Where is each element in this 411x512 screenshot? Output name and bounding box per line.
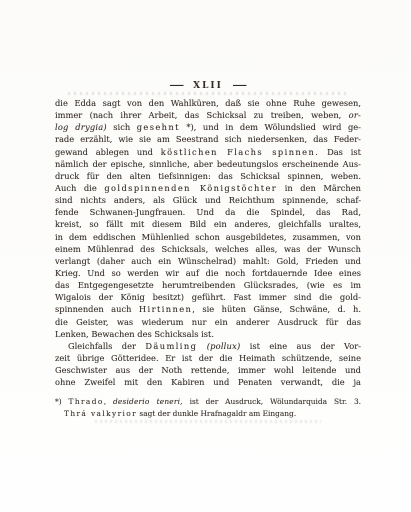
- text-line: die Edda sagt von den Wahlküren, daß sie…: [55, 97, 361, 109]
- page-header: —XLII—: [55, 80, 361, 91]
- text-line: Krieg. Und so werden wir auf die noch fo…: [55, 267, 361, 279]
- footnote-line: Thrá valkyrior sagt der dunkle Hrafnagal…: [55, 408, 361, 420]
- header-dash-right: —: [232, 80, 247, 91]
- text-line: in dem eddischen Mühlenlied schon ausgeb…: [55, 231, 361, 243]
- text-line: Gleichfalls der Däumling (pollux) ist ei…: [55, 340, 361, 352]
- page-number: XLII: [193, 81, 223, 91]
- text-line: Geschwister aus der Noth rettende, immer…: [55, 364, 361, 376]
- text-line: zeit übrige Götteridee. Er ist der die H…: [55, 352, 361, 364]
- text-line: verlangt (daher auch ein Wünschelrad) ma…: [55, 255, 361, 267]
- footnote-line: *) Thrado, desiderio teneri, ist der Aus…: [55, 396, 361, 408]
- text-line: fende Schwanen-Jungfrauen. Und da die Sp…: [55, 206, 361, 218]
- text-line: nämlich der epische, sinnliche, aber bed…: [55, 158, 361, 170]
- text-line: gewand ablegen und köstlichen Flachs spi…: [55, 146, 361, 158]
- text-line: ohne Zweifel mit den Kabiren und Penaten…: [55, 376, 361, 388]
- scanned-book-page: —XLII— die Edda sagt von den Wahlküren, …: [0, 0, 411, 512]
- text-line: log drygia) sich gesehnt *), und in dem …: [55, 121, 361, 133]
- scan-artifact-header-smudge: [68, 92, 350, 95]
- text-line: kreist, so fällt mit diesem Bild ein and…: [55, 218, 361, 230]
- text-line: einem Mühlenrad des Schicksals, welches …: [55, 243, 361, 255]
- text-line: rade erzählt, wie sie am Seestrand sich …: [55, 133, 361, 145]
- text-line: Wigalois der König besitzt) geführt. Fas…: [55, 291, 361, 303]
- text-line: druck für den alten tiefsinnigen: das Sc…: [55, 170, 361, 182]
- body-text-block: die Edda sagt von den Wahlküren, daß sie…: [55, 97, 361, 388]
- scan-artifact-bottom-smudge: [95, 420, 321, 423]
- text-line: spinnenden auch Hirtinnen, sie hüten Gän…: [55, 303, 361, 315]
- text-line: immer (nach ihrer Arbeit, das Schicksal …: [55, 109, 361, 121]
- footnote-block: *) Thrado, desiderio teneri, ist der Aus…: [55, 396, 361, 419]
- text-line: Auch die goldspinnenden Königstöchter in…: [55, 182, 361, 194]
- text-line: Lenken, Bewachen des Schicksals ist.: [55, 328, 361, 340]
- text-line: sind nichts anders, als Glück und Reicht…: [55, 194, 361, 206]
- header-dash-left: —: [169, 80, 184, 91]
- text-line: das Entgegengesetzte herumtreibenden Glü…: [55, 279, 361, 291]
- text-line: die Geister, was wiederum nur ein andere…: [55, 316, 361, 328]
